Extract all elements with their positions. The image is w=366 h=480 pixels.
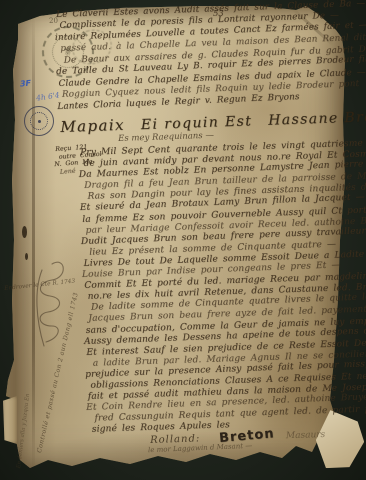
paraph-flourish <box>32 260 70 350</box>
title-word: Hassane Brezons <box>268 107 366 130</box>
top-text-block: Le Claverii Estes avons Audit assés fait… <box>56 0 366 113</box>
registry-stamp-dot <box>38 120 41 123</box>
title-word: Mapaix <box>60 116 125 136</box>
registry-stamp <box>24 106 54 136</box>
manuscript-scan: ⚜ 20 53 3F 4h 6'4 Le Claverii Estes avon… <box>0 0 366 480</box>
spine-crease <box>32 16 35 476</box>
registry-stamp-inner-ring <box>30 112 48 130</box>
signature-flourish: Masaurs <box>286 430 326 441</box>
body-text-block: Pry Mil Sept Cent quarante trois le les … <box>80 137 366 436</box>
wormhole <box>25 253 28 260</box>
wormhole <box>22 226 27 238</box>
torn-spine-tab <box>3 396 17 444</box>
blue-rate-annotation: 3F <box>20 79 32 89</box>
